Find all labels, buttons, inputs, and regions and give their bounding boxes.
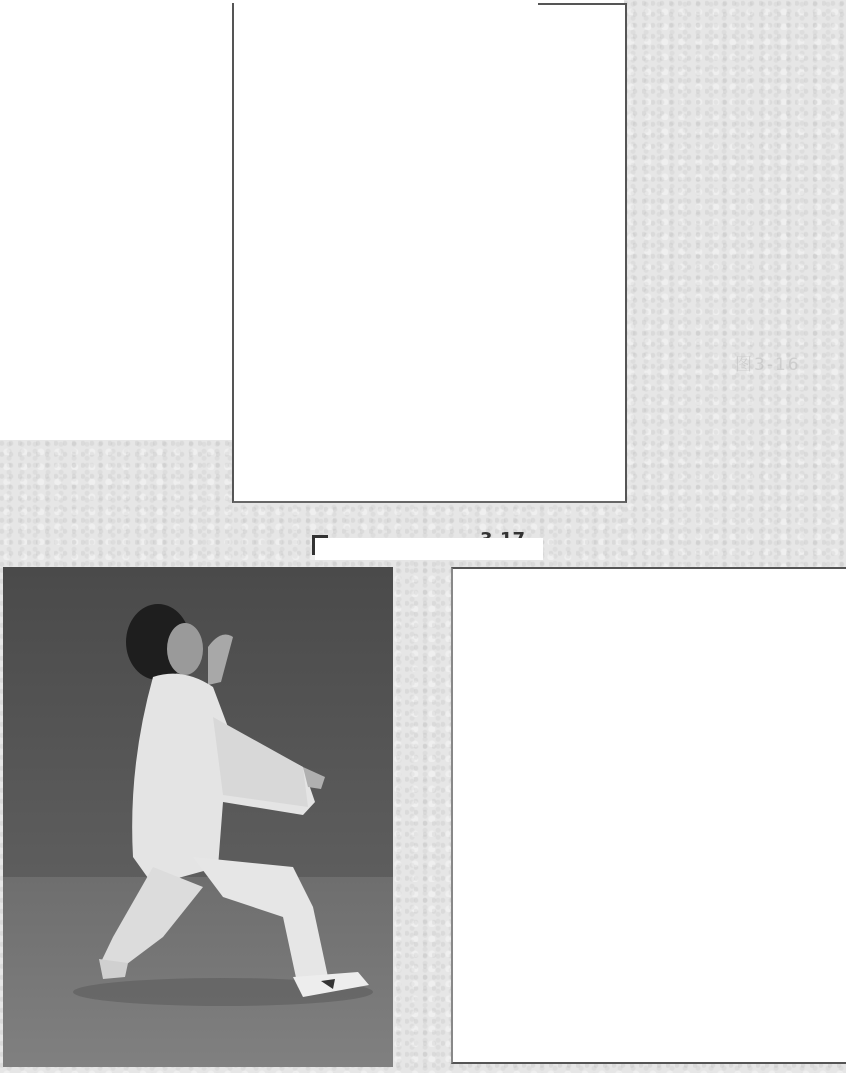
redaction-box-lower xyxy=(451,567,846,1064)
redaction-box-upper xyxy=(232,3,627,503)
redaction-box-upper-top-edge xyxy=(538,3,625,5)
tai-chi-figure-illustration xyxy=(3,567,393,1067)
redaction-box-upper-fill xyxy=(0,0,622,3)
scan-background-right-top xyxy=(624,0,846,567)
caption-redaction-box xyxy=(315,538,543,560)
ghost-caption-text: 图3-16 xyxy=(735,350,801,375)
tai-chi-photo xyxy=(3,567,393,1067)
